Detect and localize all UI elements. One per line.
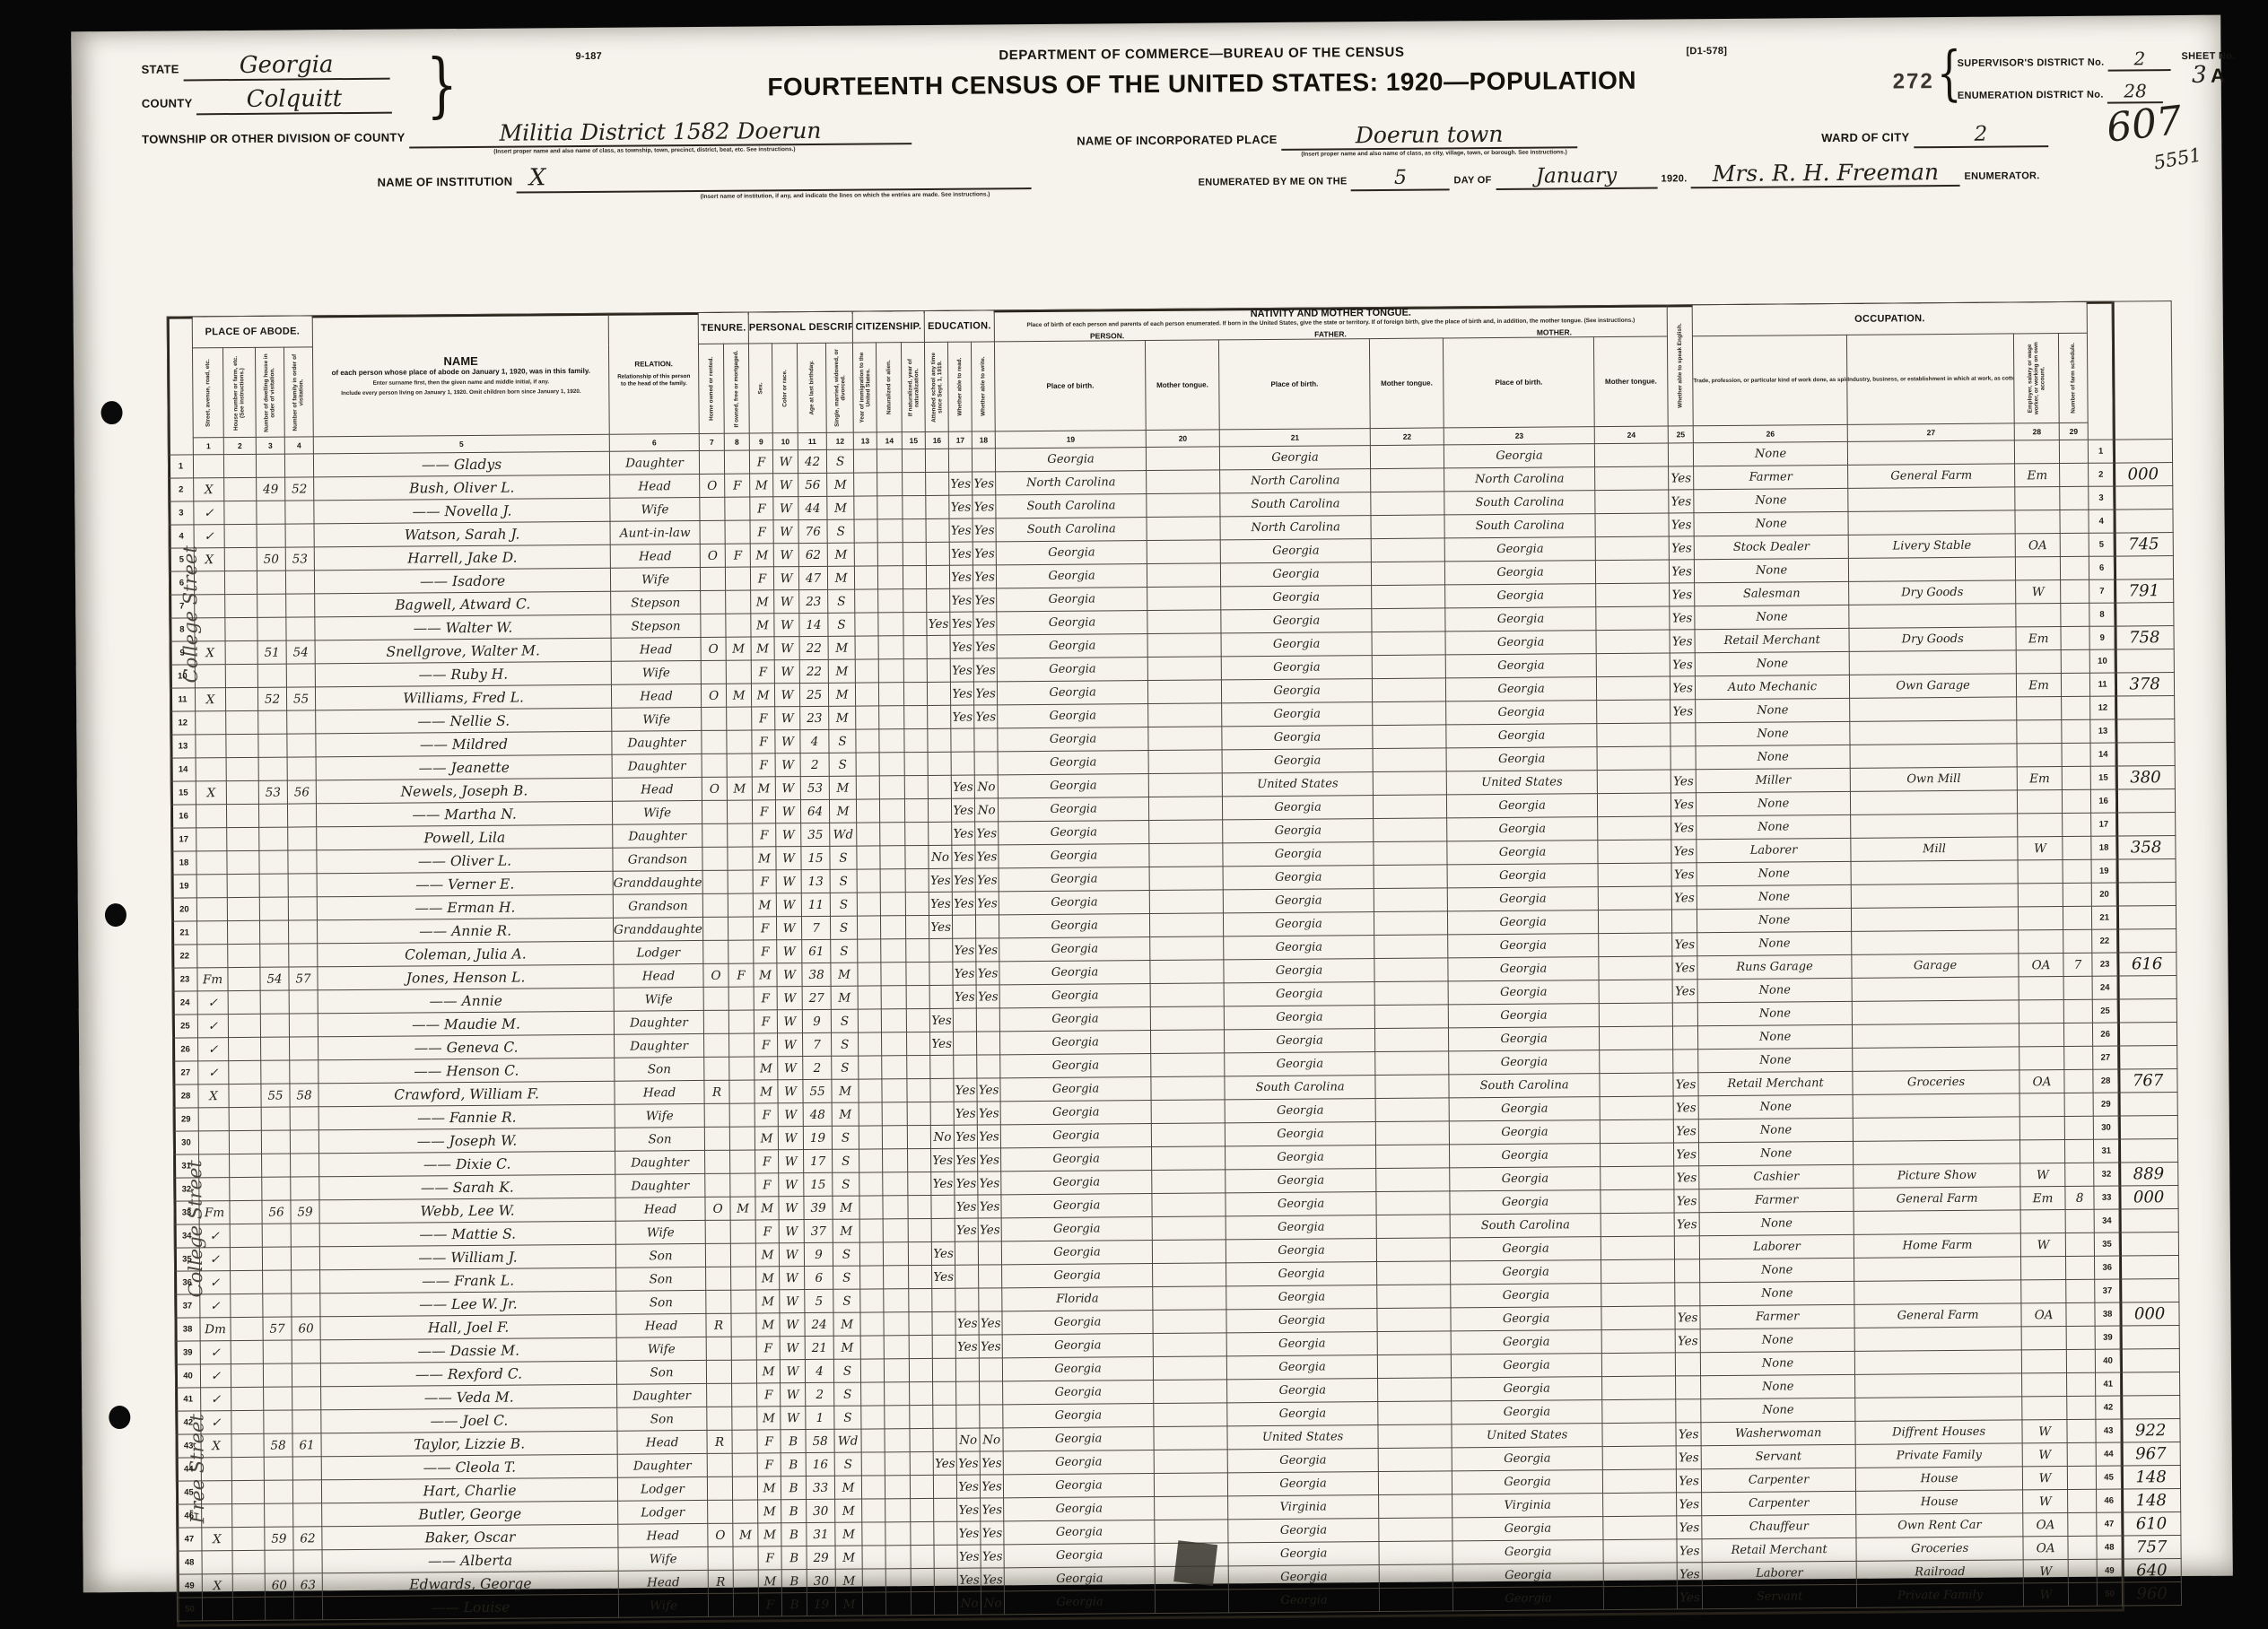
- able-write: [979, 1265, 1002, 1288]
- industry: House: [1855, 1467, 2022, 1491]
- naturalized: [878, 659, 903, 683]
- sex: M: [758, 1500, 781, 1523]
- naturalized: [883, 1242, 908, 1266]
- sex: M: [758, 1570, 781, 1593]
- line-number-right: 9: [2089, 626, 2115, 649]
- color-race: W: [777, 1010, 802, 1033]
- mother-tongue2: [1601, 1143, 1674, 1167]
- sheet-label: SHEET No.: [2154, 50, 2262, 62]
- relation-group-header: RELATION.Relationship of this person to …: [608, 312, 699, 434]
- speaks-english: [1676, 1376, 1701, 1399]
- father-birthplace: Georgia: [1228, 1519, 1379, 1543]
- column-number: 14: [877, 432, 902, 449]
- supervisor-row: SUPERVISOR'S DISTRICT No. 2: [1957, 48, 2171, 73]
- attended-school: [934, 1568, 957, 1591]
- naturalized: [880, 869, 905, 893]
- employer-class: [2021, 1327, 2066, 1350]
- dwelling-number: [262, 1247, 291, 1270]
- column-number: 27: [1847, 423, 2014, 441]
- attended-school: [928, 775, 951, 798]
- relation: Grandson: [613, 894, 702, 919]
- year-naturalization: [904, 683, 928, 706]
- birthplace: Georgia: [999, 914, 1150, 938]
- family-number: [284, 454, 313, 477]
- relation: Daughter: [614, 1011, 703, 1035]
- naturalized: [881, 939, 906, 963]
- line-number-right: 45: [2096, 1466, 2121, 1489]
- relation: Son: [617, 1407, 707, 1432]
- marital-status: Wd: [830, 823, 857, 846]
- visit-mark: [201, 1458, 231, 1481]
- color-race: W: [780, 1267, 805, 1290]
- farm-schedule: 8: [2065, 1186, 2094, 1209]
- occupation: None: [1697, 1002, 1852, 1026]
- relation: Wife: [618, 1547, 708, 1572]
- father-tongue: [1374, 958, 1448, 982]
- color-race: W: [780, 1290, 805, 1313]
- able-read: [956, 1405, 980, 1428]
- margin-number: 000: [2120, 1302, 2179, 1327]
- sex: F: [753, 823, 776, 847]
- visit-mark: X: [202, 1574, 232, 1598]
- father-tongue: [1379, 1564, 1452, 1589]
- father-birthplace: United States: [1227, 1425, 1378, 1450]
- relation: Head: [614, 964, 703, 989]
- relation: Daughter: [615, 1034, 704, 1058]
- father-birthplace: Georgia: [1227, 1379, 1378, 1403]
- industry: [1854, 1257, 2021, 1281]
- visit-mark: ✓: [194, 501, 224, 525]
- home-owned: [700, 567, 725, 590]
- visit-mark: ✓: [194, 525, 224, 548]
- able-write: Yes: [976, 962, 999, 985]
- occupation: None: [1694, 489, 1848, 513]
- age: 53: [800, 776, 829, 799]
- father-tongue: [1373, 678, 1446, 702]
- able-read: Yes: [955, 1195, 978, 1218]
- mother-tongue: [1149, 797, 1223, 821]
- house-number: [227, 874, 259, 897]
- employer-class: W: [2023, 1560, 2068, 1583]
- mother-birthplace: United States: [1452, 1424, 1602, 1448]
- able-read: Yes: [957, 1568, 981, 1591]
- county-label: COUNTY: [142, 96, 193, 109]
- age: 38: [802, 963, 831, 986]
- employer-class: [2016, 604, 2061, 627]
- marital-status: M: [835, 1569, 862, 1592]
- line-number-left: 34: [174, 1224, 199, 1248]
- color-race: W: [775, 730, 800, 754]
- line-number-left: 21: [171, 921, 196, 945]
- father-tongue: [1371, 515, 1444, 539]
- line-number-right: 49: [2097, 1559, 2122, 1582]
- home-owned: [704, 1057, 729, 1080]
- line-number-left: 32: [174, 1178, 199, 1201]
- margin-number: 758: [2115, 626, 2174, 650]
- relation: Granddaughter: [613, 871, 702, 895]
- able-read: Yes: [955, 1311, 979, 1335]
- father-tongue: [1374, 935, 1448, 959]
- occupation: Servant: [1702, 1584, 1856, 1608]
- father-birthplace: Virginia: [1228, 1495, 1379, 1520]
- mother-tongue: [1147, 633, 1221, 658]
- able-write: Yes: [973, 635, 997, 658]
- farm-schedule: [2063, 836, 2091, 859]
- family-number: [292, 1387, 321, 1410]
- color-race: B: [781, 1477, 806, 1500]
- year-immigration: [859, 1032, 882, 1056]
- person-name: —— Oliver L.: [317, 848, 613, 874]
- year-immigration: [859, 1149, 883, 1172]
- visit-mark: ✓: [200, 1271, 231, 1294]
- naturalized: [883, 1149, 908, 1172]
- dwelling-number: 50: [257, 547, 285, 571]
- person-name: —— Ruby H.: [315, 661, 611, 687]
- house-number: [226, 757, 258, 780]
- industry: [1855, 1373, 2022, 1398]
- speaks-english: Yes: [1671, 863, 1697, 886]
- farm-schedule: [2068, 1512, 2097, 1536]
- family-number: [292, 1294, 320, 1317]
- father-birthplace: Georgia: [1227, 1472, 1378, 1496]
- employer-class: [2017, 697, 2062, 720]
- margin-number: 616: [2117, 953, 2176, 977]
- employer-class: [2014, 440, 2059, 464]
- family-number: [292, 1270, 320, 1294]
- family-number: [285, 571, 314, 594]
- house-number: [227, 850, 259, 874]
- mother-tongue: [1147, 587, 1221, 611]
- mother-tongue: [1150, 983, 1224, 1007]
- naturalized: [878, 613, 903, 636]
- year-immigration: [860, 1312, 884, 1336]
- line-number-left: 27: [173, 1061, 198, 1085]
- free-or-mortgaged: M: [733, 1523, 758, 1546]
- home-owned: [707, 1477, 732, 1500]
- employer-class: [2021, 1350, 2066, 1373]
- father-birthplace: Georgia: [1220, 539, 1371, 563]
- year-naturalization: [903, 636, 927, 659]
- free-or-mortgaged: [730, 1173, 755, 1197]
- naturalized: [883, 1196, 908, 1219]
- margin-number: [2117, 906, 2176, 930]
- industry: [1852, 930, 2019, 954]
- relation: Daughter: [617, 1454, 707, 1478]
- industry: [1851, 860, 2018, 884]
- age: 64: [801, 799, 830, 823]
- visit-mark: ✓: [197, 991, 228, 1015]
- naturalized: [885, 1499, 911, 1522]
- naturalized: [881, 1009, 906, 1032]
- occupation: Laborer: [1699, 1234, 1854, 1259]
- person-name: —— Geneva C.: [318, 1034, 615, 1060]
- house-number: [224, 501, 257, 524]
- line-number-left: 48: [177, 1551, 202, 1574]
- home-owned: [705, 1150, 730, 1173]
- able-write: [978, 1241, 1001, 1265]
- visit-mark: Dm: [200, 1318, 231, 1341]
- dwelling-number: [262, 1154, 291, 1177]
- column-number: 18: [972, 431, 995, 449]
- house-number: [228, 990, 260, 1014]
- column-subhead: Number of farm schedule.: [2059, 333, 2089, 422]
- farm-schedule: [2066, 1256, 2095, 1279]
- enum-district-label: ENUMERATION DISTRICT No.: [1958, 90, 2104, 101]
- line-number-left: 7: [170, 595, 195, 618]
- marital-status: S: [833, 1359, 860, 1382]
- birthplace: Georgia: [1001, 1217, 1152, 1241]
- ward-row: WARD OF CITY 2: [1821, 122, 2048, 149]
- year-naturalization: [903, 566, 926, 589]
- father-tongue: [1379, 1588, 1452, 1612]
- father-birthplace: Georgia: [1221, 562, 1372, 587]
- mother-tongue: [1152, 1193, 1226, 1217]
- able-read: Yes: [957, 1545, 981, 1568]
- margin-number: 148: [2121, 1466, 2180, 1490]
- visit-mark: ✓: [199, 1248, 230, 1271]
- year-naturalization: [906, 916, 929, 939]
- year-naturalization: [908, 1149, 931, 1172]
- naturalized: [877, 496, 903, 519]
- home-owned: [702, 870, 728, 893]
- free-or-mortgaged: [731, 1267, 756, 1290]
- visit-mark: ✓: [199, 1224, 230, 1248]
- incorporated-value: Doerun town: [1356, 121, 1504, 148]
- father-birthplace: Georgia: [1226, 1215, 1376, 1240]
- year-naturalization: [903, 519, 926, 543]
- year-immigration: [859, 1126, 882, 1149]
- marital-status: M: [833, 1312, 860, 1336]
- father-tongue: [1376, 1238, 1450, 1262]
- speaks-english: Yes: [1669, 513, 1694, 536]
- margin-number: [2120, 1256, 2179, 1280]
- speaks-english: [1676, 1399, 1701, 1423]
- free-or-mortgaged: [728, 917, 754, 940]
- nativity-group-header: NATIVITY AND MOTHER TONGUE.Place of birt…: [994, 305, 1667, 342]
- attended-school: [933, 1405, 956, 1428]
- mother-birthplace: Georgia: [1447, 841, 1598, 865]
- mother-birthplace: Georgia: [1445, 607, 1596, 632]
- able-write: [980, 1405, 1003, 1428]
- industry: General Farm: [1854, 1187, 2020, 1211]
- line-number-right: 35: [2094, 1233, 2119, 1256]
- stamp-272: 272: [1893, 69, 1934, 94]
- able-read: Yes: [949, 495, 973, 518]
- column-subhead: Mother tongue.: [1594, 336, 1669, 427]
- margin-number: [2115, 743, 2175, 767]
- birthplace: Georgia: [1001, 1171, 1152, 1195]
- family-number: 58: [290, 1084, 318, 1107]
- margin-number: [2115, 556, 2174, 580]
- house-number: [225, 617, 257, 640]
- marital-status: S: [833, 1242, 859, 1266]
- home-owned: [701, 590, 726, 614]
- able-read: [953, 1008, 976, 1032]
- person-name: —— Annie: [318, 988, 614, 1014]
- industry: [1854, 1140, 2020, 1164]
- screenshot-root: { "page": { "form_no": "9-187", "bracket…: [0, 0, 2268, 1629]
- person-name: Newels, Joseph B.: [316, 778, 612, 804]
- attended-school: [931, 1218, 955, 1241]
- naturalized: [885, 1546, 911, 1569]
- line-number-right: 12: [2090, 696, 2115, 719]
- able-write: Yes: [973, 518, 996, 542]
- family-number: [291, 1224, 319, 1247]
- father-tongue: [1376, 1215, 1450, 1239]
- employer-class: W: [2023, 1583, 2068, 1607]
- relation: Wife: [614, 988, 703, 1012]
- farm-schedule: 7: [2063, 953, 2092, 976]
- father-tongue: [1375, 1028, 1449, 1052]
- attended-school: [927, 588, 950, 612]
- employer-class: [2017, 744, 2062, 767]
- marital-status: M: [827, 496, 854, 519]
- mother-tongue2: [1599, 956, 1672, 980]
- home-owned: [705, 1173, 730, 1197]
- mother-birthplace: Georgia: [1447, 817, 1598, 841]
- margin-number: [2119, 1209, 2178, 1233]
- attended-school: [933, 1428, 956, 1451]
- farm-schedule: [2067, 1419, 2096, 1442]
- able-write: Yes: [973, 472, 996, 495]
- age: 30: [807, 1499, 835, 1522]
- sex: F: [754, 940, 777, 963]
- person-name: —— Mildred: [316, 731, 612, 757]
- age: 19: [803, 1126, 832, 1149]
- occupation: None: [1697, 979, 1852, 1003]
- industry: Groceries: [1856, 1537, 2023, 1561]
- column-subhead: Place of birth.: [1444, 337, 1595, 428]
- visit-mark: [195, 618, 225, 641]
- house-number: [231, 1294, 263, 1317]
- house-number: [230, 1177, 262, 1200]
- visit-mark: ✓: [197, 1015, 228, 1038]
- attended-school: [929, 985, 953, 1008]
- marital-status: S: [831, 939, 858, 963]
- dwelling-number: [263, 1294, 292, 1317]
- year-immigration: [859, 1219, 883, 1242]
- industry: [1853, 1117, 2019, 1141]
- mother-tongue: [1151, 1076, 1225, 1101]
- home-owned: [702, 707, 727, 730]
- line-number-left: 4: [169, 525, 194, 548]
- speaks-english: Yes: [1672, 956, 1697, 980]
- sex: F: [754, 1010, 777, 1033]
- speaks-english: Yes: [1673, 1119, 1698, 1143]
- relation: Head: [618, 1524, 708, 1548]
- column-subhead: Place of birth.: [995, 341, 1147, 431]
- year-naturalization: [910, 1452, 933, 1476]
- line-number-right: 20: [2091, 883, 2116, 906]
- person-name: —— Louise: [322, 1594, 618, 1620]
- attended-school: Yes: [931, 1148, 955, 1172]
- dwelling-number: [258, 734, 287, 757]
- father-birthplace: Georgia: [1224, 959, 1374, 983]
- visit-mark: ✓: [198, 1061, 229, 1085]
- father-birthplace: Georgia: [1225, 1099, 1375, 1123]
- family-number: [289, 944, 318, 967]
- family-number: [290, 1037, 318, 1060]
- attended-school: Yes: [929, 892, 952, 915]
- speaks-english: Yes: [1670, 606, 1695, 630]
- mother-tongue2: [1596, 630, 1670, 654]
- free-or-mortgaged: [728, 893, 753, 917]
- speaks-english: Yes: [1669, 560, 1694, 583]
- year-immigration: [854, 496, 877, 519]
- state-row: STATE Georgia: [141, 51, 389, 82]
- birthplace: Georgia: [1004, 1544, 1155, 1568]
- able-read: [953, 915, 976, 938]
- able-write: Yes: [981, 1521, 1004, 1545]
- farm-schedule: [2060, 510, 2089, 533]
- state-value: Georgia: [240, 51, 334, 79]
- mother-birthplace: South Carolina: [1444, 491, 1595, 515]
- dwelling-number: [264, 1410, 292, 1433]
- enumerator-label: ENUMERATOR.: [1964, 170, 2039, 182]
- free-or-mortgaged: F: [725, 474, 750, 497]
- occupation: None: [1697, 909, 1852, 933]
- visit-mark: [196, 898, 227, 921]
- birthplace: Georgia: [1004, 1590, 1155, 1615]
- able-write: [979, 1288, 1002, 1311]
- free-or-mortgaged: [732, 1383, 757, 1407]
- column-subhead: If owned, free or mortgaged.: [724, 344, 750, 433]
- father-tongue: [1379, 1518, 1452, 1542]
- industry: [1852, 977, 2019, 1001]
- dwelling-number: [260, 990, 289, 1014]
- farm-schedule: [2061, 603, 2089, 626]
- occupation: None: [1695, 605, 1849, 630]
- home-owned: [703, 917, 728, 940]
- year-immigration: [860, 1289, 884, 1312]
- year-immigration: [858, 939, 881, 963]
- birthplace: Georgia: [1000, 1077, 1151, 1102]
- color-race: W: [773, 497, 798, 520]
- mother-tongue2: [1596, 583, 1670, 607]
- margin-number: 148: [2122, 1489, 2181, 1513]
- marital-status: M: [827, 543, 854, 566]
- birthplace: Georgia: [1000, 1101, 1151, 1125]
- marital-status: S: [833, 1289, 860, 1312]
- employer-class: [2019, 1024, 2064, 1047]
- visit-mark: ✓: [200, 1294, 231, 1318]
- sex: F: [758, 1546, 781, 1570]
- father-tongue: [1374, 841, 1447, 866]
- visit-mark: ✓: [198, 1038, 229, 1061]
- relation: Daughter: [612, 754, 702, 779]
- dwelling-number: [260, 944, 289, 967]
- mother-tongue: [1149, 820, 1223, 844]
- free-or-mortgaged: [726, 614, 751, 637]
- person-name: —— Frank L.: [320, 1267, 616, 1294]
- color-race: W: [772, 450, 798, 474]
- margin-number: [2116, 883, 2176, 907]
- line-number-left: 13: [170, 735, 196, 758]
- free-or-mortgaged: [728, 987, 754, 1010]
- home-owned: O: [701, 684, 726, 707]
- column-number: 12: [826, 432, 853, 449]
- occupation: Salesman: [1695, 582, 1849, 606]
- mother-tongue2: [1602, 1469, 1676, 1494]
- person-name: —— Veda M.: [321, 1384, 617, 1410]
- free-or-mortgaged: [728, 823, 753, 847]
- speaks-english: Yes: [1670, 583, 1695, 606]
- dwelling-number: [264, 1480, 292, 1503]
- line-number-right: 15: [2090, 766, 2115, 789]
- year-immigration: [859, 1172, 883, 1196]
- able-read: Yes: [952, 845, 975, 868]
- mother-tongue2: [1599, 910, 1672, 934]
